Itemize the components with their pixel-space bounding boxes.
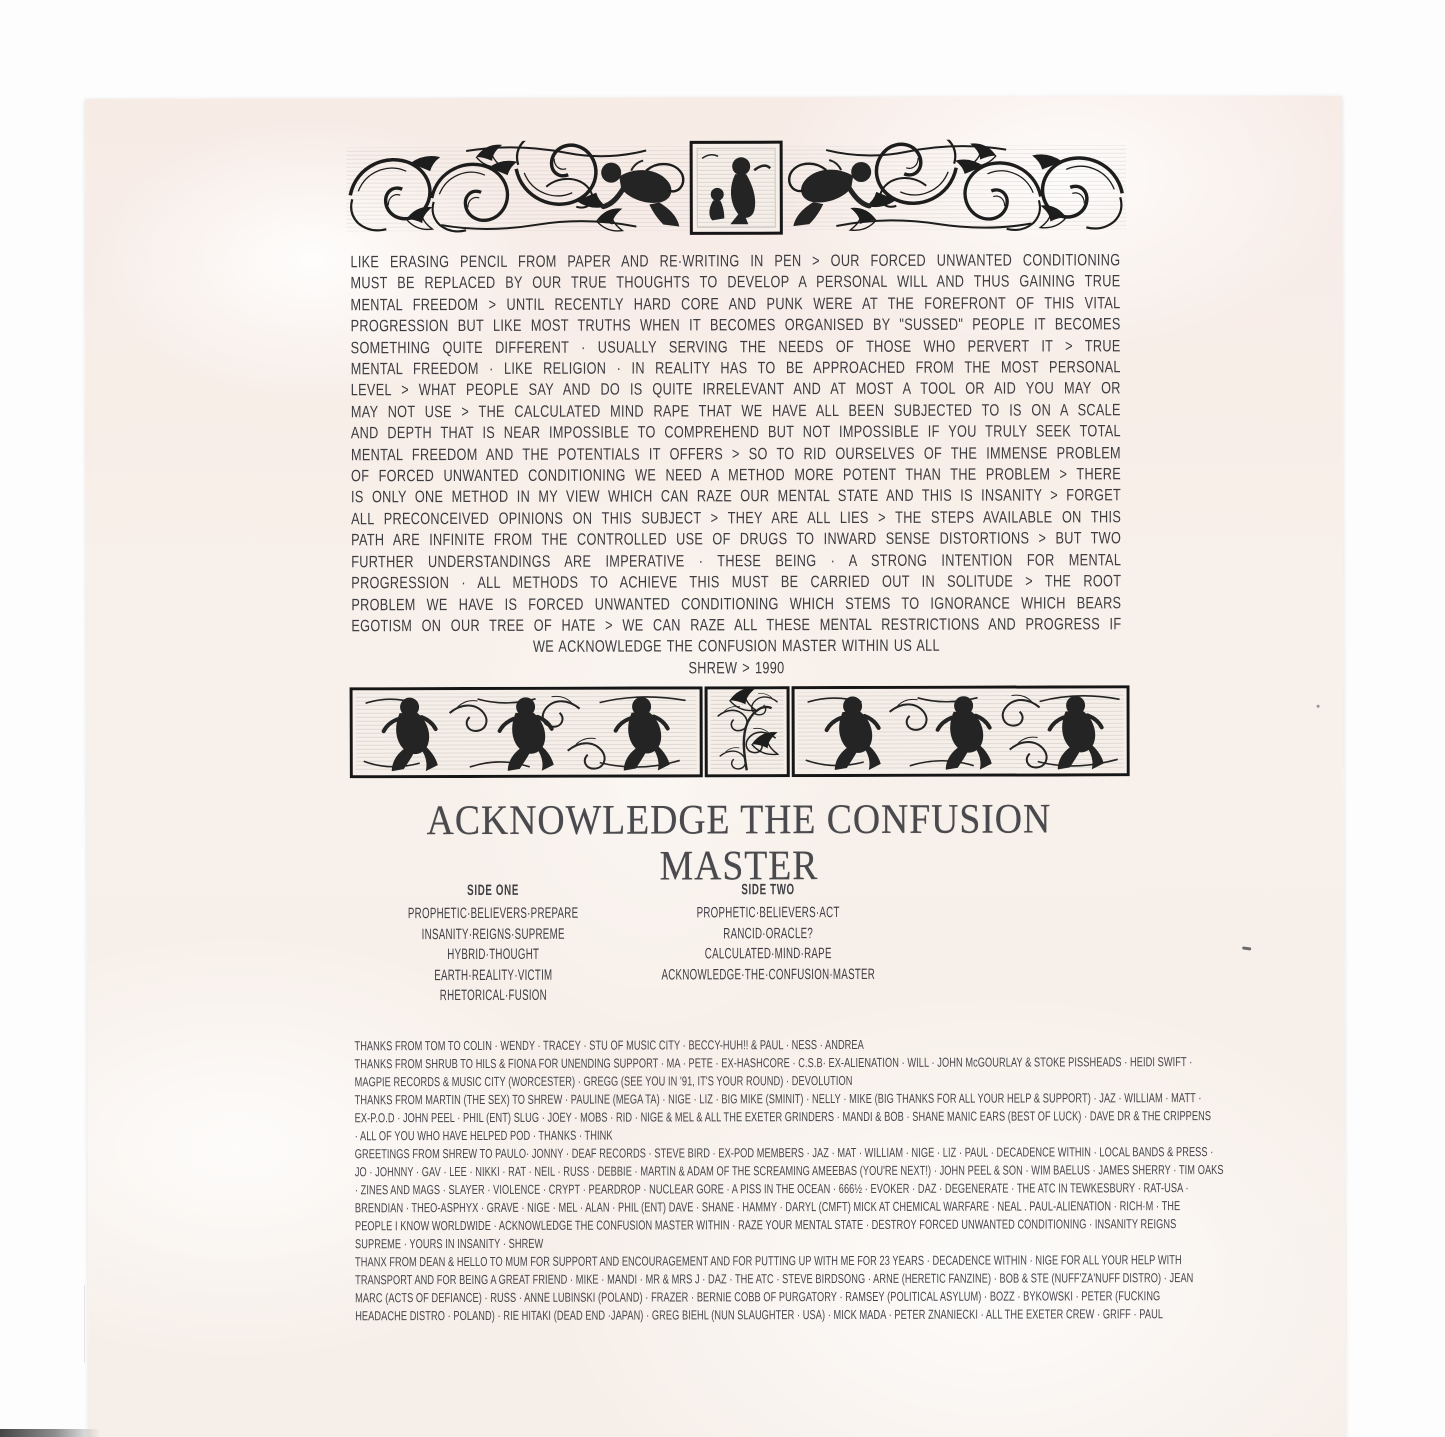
manifesto-line: MAY NOT USE > THE CALCULATED MIND RAPE T…: [351, 400, 1121, 423]
thanks-line: GREETINGS FROM SHREW TO PAULO· JONNY · D…: [355, 1143, 1179, 1163]
manifesto-line: LIKE ERASING PENCIL FROM PAPER AND RE·WR…: [350, 250, 1120, 273]
thanks-line: HEADACHE DISTRO · POLAND) · RIE HITAKI (…: [355, 1305, 1179, 1325]
manifesto-line: PROGRESSION · ALL METHODS TO ACHIEVE THI…: [351, 571, 1121, 594]
manifesto-line: AND DEPTH THAT IS NEAR IMPOSSIBLE TO COM…: [351, 422, 1121, 445]
manifesto-line: ALL PRECONCEIVED OPINIONS ON THIS SUBJEC…: [351, 507, 1121, 530]
track-title: CALCULATED·MIND·RAPE: [638, 944, 898, 965]
manifesto-line: FURTHER UNDERSTANDINGS ARE IMPERATIVE · …: [351, 550, 1121, 573]
side-two-tracklist: SIDE TWO PROPHETIC·BELIEVERS·ACTRANCID·O…: [638, 880, 898, 986]
manifesto-text: LIKE ERASING PENCIL FROM PAPER AND RE·WR…: [350, 250, 1121, 680]
thanks-line: THANKS FROM SHRUB TO HILS & FIONA FOR UN…: [355, 1053, 1179, 1073]
manifesto-closing-line: WE ACKNOWLEDGE THE CONFUSION MASTER WITH…: [351, 636, 1121, 659]
cherub-panels-engraving-bottom-icon: [350, 685, 1130, 778]
manifesto-line: PROBLEM WE HAVE IS FORCED UNWANTED CONDI…: [351, 593, 1121, 616]
manifesto-line: SOMETHING QUITE DIFFERENT · USUALLY SERV…: [351, 336, 1121, 359]
manifesto-line: MENTAL FREEDOM · LIKE RELIGION · IN REAL…: [351, 357, 1121, 380]
thanks-line: THANKS FROM MARTIN (THE SEX) TO SHREW · …: [355, 1089, 1179, 1109]
thanks-line: THANKS FROM TOM TO COLIN · WENDY · TRACE…: [354, 1035, 1178, 1055]
manifesto-line: IS ONLY ONE METHOD IN MY VIEW WHICH CAN …: [351, 486, 1121, 509]
manifesto-closing-line: SHREW > 1990: [351, 657, 1121, 680]
cherub-scroll-engraving-top-icon: [346, 139, 1126, 236]
thanks-line: · ALL OF YOU WHO HAVE HELPED POD · THANK…: [355, 1125, 1179, 1145]
center-foliage-panel: [706, 688, 788, 776]
manifesto-centered: WE ACKNOWLEDGE THE CONFUSION MASTER WITH…: [351, 636, 1121, 681]
right-cherub-panel: [793, 687, 1128, 776]
side-two-tracks: PROPHETIC·BELIEVERS·ACTRANCID·ORACLE?CAL…: [638, 903, 898, 985]
manifesto-line: LEVEL > WHAT PEOPLE SAY AND DO IS QUITE …: [351, 379, 1121, 402]
thanks-line: PEOPLE I KNOW WORLDWIDE · ACKNOWLEDGE TH…: [355, 1215, 1179, 1235]
paper-speck: [1242, 946, 1251, 950]
side-two-label: SIDE TWO: [638, 880, 898, 901]
side-one-label: SIDE ONE: [363, 881, 623, 902]
manifesto-line: OF FORCED UNWANTED CONDITIONING WE NEED …: [351, 464, 1121, 487]
manifesto-justified: LIKE ERASING PENCIL FROM PAPER AND RE·WR…: [350, 250, 1121, 637]
thanks-credits: THANKS FROM TOM TO COLIN · WENDY · TRACE…: [354, 1035, 1178, 1325]
paper-speck: [1317, 705, 1320, 708]
thanks-line: JO · JOHNNY · GAV · LEE · NIKKI · RAT · …: [355, 1161, 1179, 1181]
thanks-line: BRENDIAN · THEO-ASPHYX · GRAVE · NIGE · …: [355, 1197, 1179, 1217]
track-title: PROPHETIC·BELIEVERS·ACT: [638, 903, 898, 924]
track-title: RHETORICAL·FUSION: [363, 986, 623, 1007]
thanks-line: MARC (ACTS OF DEFIANCE) · RUSS · ANNE LU…: [355, 1287, 1179, 1307]
thanks-line: SUPREME · YOURS IN INSANITY · SHREW: [355, 1233, 1179, 1253]
thanks-line: THANX FROM DEAN & HELLO TO MUM FOR SUPPO…: [355, 1251, 1179, 1271]
track-title: RANCID·ORACLE?: [638, 924, 898, 945]
side-one-tracklist: SIDE ONE PROPHETIC·BELIEVERS·PREPAREINSA…: [363, 881, 623, 1007]
insert-sheet: LIKE ERASING PENCIL FROM PAPER AND RE·WR…: [85, 96, 1346, 1437]
track-title: EARTH·REALITY·VICTIM: [363, 965, 623, 986]
center-panel-cherub: [691, 142, 781, 233]
thanks-line: MAGPIE RECORDS & MUSIC CITY (WORCESTER) …: [355, 1071, 1179, 1091]
thanks-line: EX-P.O.D · JOHN PEEL · PHIL (ENT) SLUG ·…: [355, 1107, 1179, 1127]
manifesto-line: MUST BE REPLACED BY OUR TRUE THOUGHTS TO…: [350, 272, 1120, 295]
track-title: HYBRID·THOUGHT: [363, 945, 623, 966]
left-cherub-panel: [351, 688, 701, 777]
manifesto-line: PATH ARE INFINITE FROM THE CONTROLLED US…: [351, 529, 1121, 552]
manifesto-line: PROGRESSION BUT LIKE MOST TRUTHS WHEN IT…: [351, 315, 1121, 338]
album-title: ACKNOWLEDGE THE CONFUSION MASTER: [388, 796, 1090, 890]
photo-of-album-insert: { "title": "ACKNOWLEDGE THE CONFUSION MA…: [0, 0, 1445, 1437]
thanks-line: · ZINES AND MAGS · SLAYER · VIOLENCE · C…: [355, 1179, 1179, 1199]
track-title: PROPHETIC·BELIEVERS·PREPARE: [363, 904, 623, 925]
track-title: ACKNOWLEDGE·THE·CONFUSION·MASTER: [638, 964, 898, 985]
thanks-line: TRANSPORT AND FOR BEING A GREAT FRIEND ·…: [355, 1269, 1179, 1289]
paper-crease: [84, 1285, 85, 1363]
side-one-tracks: PROPHETIC·BELIEVERS·PREPAREINSANITY·REIG…: [363, 904, 623, 1007]
track-title: INSANITY·REIGNS·SUPREME: [363, 924, 623, 945]
manifesto-line: MENTAL FREEDOM > UNTIL RECENTLY HARD COR…: [351, 293, 1121, 316]
photo-bottom-edge: [0, 1429, 100, 1437]
manifesto-line: MENTAL FREEDOM AND THE POTENTIALS IT OFF…: [351, 443, 1121, 466]
manifesto-line: EGOTISM ON OUR TREE OF HATE > WE CAN RAZ…: [351, 614, 1121, 637]
